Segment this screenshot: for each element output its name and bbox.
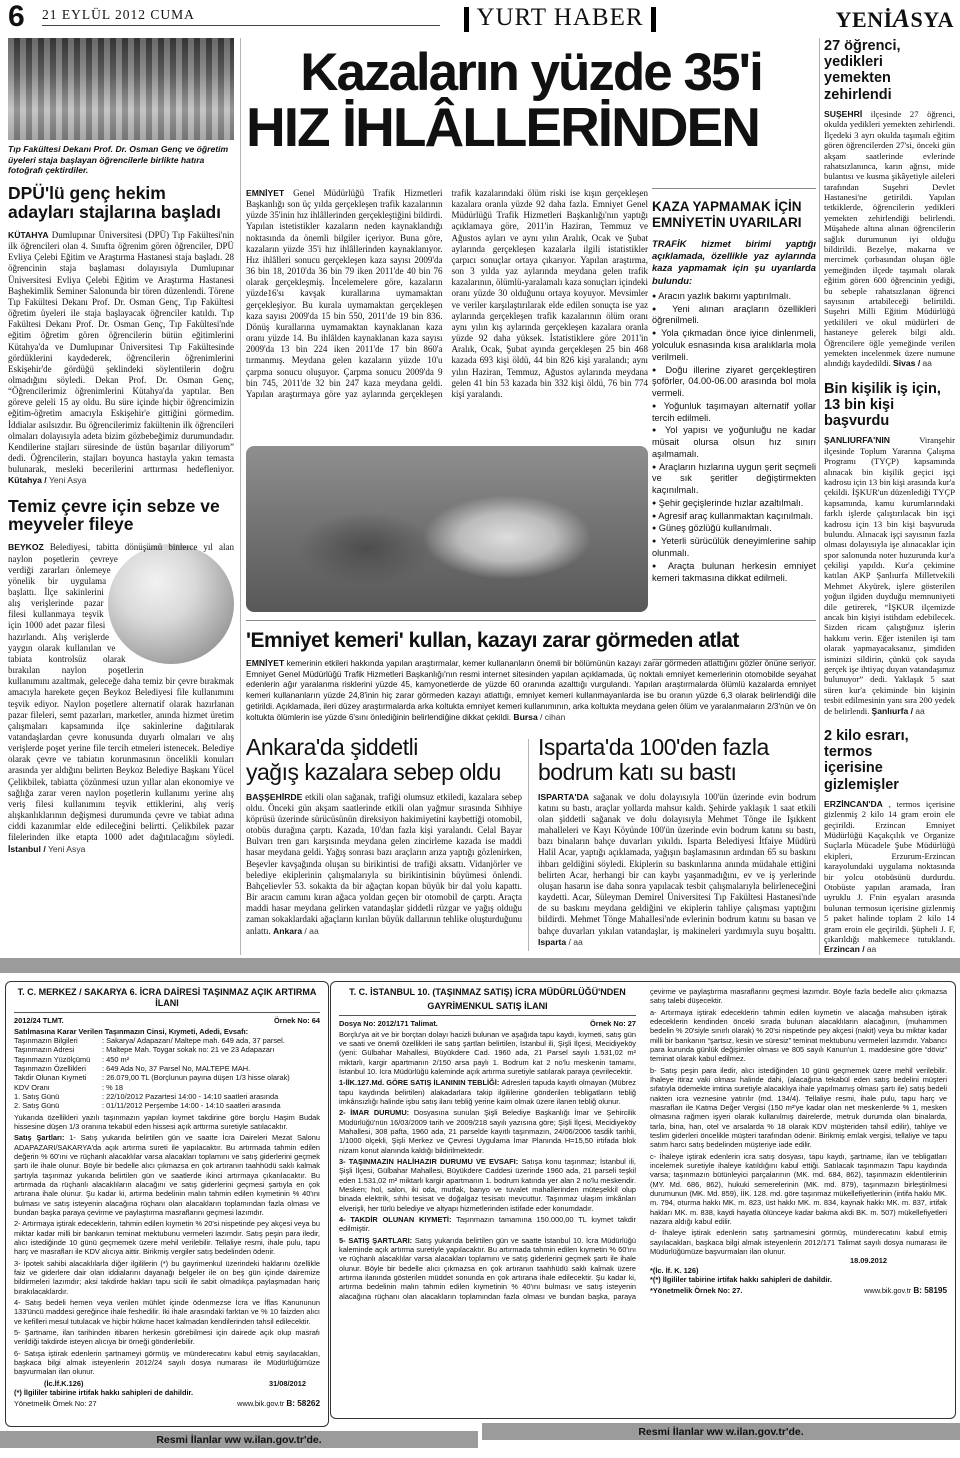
date-line: 21 EYLÜL 2012 CUMA bbox=[42, 7, 195, 23]
story-title: 27 öğrenci, yedikleri yemekten zehirlend… bbox=[824, 38, 955, 103]
newspaper-page: 6 21 EYLÜL 2012 CUMA YURT HABER YENİASYA… bbox=[0, 0, 960, 1458]
bullet-icon: ● bbox=[652, 427, 659, 434]
sidebar-bullet: ● Aracın yazlık bakımı yaptırılmalı. bbox=[652, 291, 816, 303]
official-ads-bar-right: Resmi İlanlar ww w.ilan.gov.tr'de. bbox=[482, 1423, 960, 1440]
file-number: Dosya No: 2012/171 Talimat. bbox=[339, 1019, 438, 1028]
notice-paragraph: 1-İİK.127.Md. GÖRE SATIŞ İLANININ TEBLİĞ… bbox=[339, 1078, 636, 1106]
notice-paragraph: Yukarıda özellikleri yazılı taşınmazın y… bbox=[14, 1113, 320, 1132]
regulation-ref: Yönetmelik Örnek No: 27 bbox=[14, 1399, 97, 1409]
bullet-icon: ● bbox=[652, 500, 656, 507]
notice-paragraphs: Borçlu'ya ait ve bir borçtan dolayı haci… bbox=[339, 987, 947, 1301]
section-separator-bar bbox=[0, 958, 960, 973]
notice-paragraph: c- İhaleye iştirak edenlerin icra satış … bbox=[650, 1152, 947, 1227]
property-detail-rows: Taşınmazın Bilgileri: Sakarya/ Adapazarı… bbox=[14, 1036, 320, 1111]
column-rule-right bbox=[819, 38, 820, 955]
market-net-photo bbox=[108, 544, 234, 664]
sidebar-bullet: ● Yoğunluk taşımayan alternatif yollar t… bbox=[652, 401, 816, 425]
bullet-icon: ● bbox=[652, 306, 663, 313]
sidebar-bullet: ● Agresif araç kullanmaktan kaçınılmalı. bbox=[652, 511, 816, 523]
section-title: YURT HABER bbox=[474, 4, 646, 32]
official-ads-bar-left: Resmi İlanlar ww w.ilan.gov.tr'de. bbox=[0, 1431, 478, 1448]
dateline-lead: EMNİYET bbox=[246, 188, 284, 198]
bik-reference: www.bik.gov.tr B: 58262 bbox=[237, 1399, 320, 1409]
story-divider-rule bbox=[528, 739, 529, 951]
notice-title: T. C. MERKEZ / SAKARYA 6. İCRA DAİRESİ T… bbox=[14, 987, 320, 1013]
legal-code: (İc.İf.K.126) bbox=[44, 1379, 83, 1388]
ankara-body: BAŞŞEHİRDE etkili olan sağanak, trafiği … bbox=[246, 792, 522, 937]
bullet-icon: ● bbox=[652, 367, 660, 374]
sidebar-bullet: ● Yeni alınan araçların özellikleri öğre… bbox=[652, 304, 816, 328]
right-column-story: 27 öğrenci, yedikleri yemekten zehirlend… bbox=[824, 38, 955, 369]
bullet-icon: ● bbox=[652, 403, 659, 410]
isparta-story: Isparta'da 100'den fazla bodrum katı su … bbox=[538, 735, 816, 955]
file-number: 2012/24 TLMT. bbox=[14, 1016, 64, 1025]
main-headline-line2: HIZ İHLÂLLERİNDEN bbox=[246, 100, 816, 155]
car-crash-photo bbox=[246, 446, 648, 612]
notice-paragraph: 4- Satış bedeli hemen veya verilen mühle… bbox=[14, 1298, 320, 1326]
bullet-icon: ● bbox=[652, 330, 658, 337]
sidebar-bullet: ● Yola çıkmadan önce iyice dinlenmeli, y… bbox=[652, 328, 816, 363]
section-divider-bar-left bbox=[464, 7, 469, 32]
sidebar-intro: TRAFİK hizmet birimi yaptığı açıklamada,… bbox=[652, 238, 816, 287]
story-body-beykoz: BEYKOZ Belediyesi, tabitta dönüşümü binl… bbox=[8, 542, 234, 854]
isparta-body: ISPARTA'DA sağanak ve dolu dolayısıyla 1… bbox=[538, 792, 816, 948]
notice-paragraph: 4- TAKDİR OLUNAN KIYMETİ: Taşınmazın tam… bbox=[339, 1215, 636, 1234]
notice-paragraph: b- Satış peşin para iledir, alıcı istedi… bbox=[650, 1066, 947, 1150]
ankara-story: Ankara'da şiddetli yağış kazalara sebep … bbox=[246, 735, 522, 955]
notice-date: 18.09.2012 bbox=[850, 1256, 887, 1265]
bullet-icon: ● bbox=[652, 293, 656, 300]
section-divider-bar-right bbox=[651, 7, 656, 32]
right-column-story: Bin kişilik iş için, 13 bin kişi başvurd… bbox=[824, 381, 955, 716]
seatbelt-title: 'Emniyet kemeri' kullan, kazayı zarar gö… bbox=[246, 629, 816, 653]
dateline-lead: SUŞEHRİ bbox=[824, 109, 862, 119]
istanbul-sale-notice: T. C. İSTANBUL 10. (TAŞINMAZ SATIŞ) İCRA… bbox=[330, 981, 956, 1419]
property-detail-row: Takdir Olunan Kıymeti: 26.079,00 TL (Bor… bbox=[14, 1073, 320, 1082]
isparta-title: Isparta'da 100'den fazla bodrum katı su … bbox=[538, 735, 816, 785]
property-detail-row: Taşınmazın Yüzölçümü: 450 m² bbox=[14, 1055, 320, 1064]
dateline-lead: KÜTAHYA bbox=[8, 230, 49, 240]
main-headline-line1: Kazaların yüzde 35'i bbox=[246, 46, 816, 100]
dateline-lead: ERZİNCAN'DA bbox=[824, 799, 883, 809]
bullet-icon: ● bbox=[652, 525, 656, 532]
notice-paragraph: 5- Şartname, ilan tarihinden itibaren he… bbox=[14, 1328, 320, 1347]
sidebar-bullet: ● Şehir geçişlerinde hızlar azaltılmalı. bbox=[652, 498, 816, 510]
page-number: 6 bbox=[8, 2, 25, 32]
story-title: 2 kilo esrarı, termos içerisine gizlemiş… bbox=[824, 728, 955, 793]
footnote: *(*) İlgililer tabirine irtifak hakkı sa… bbox=[650, 1275, 947, 1284]
story-body: ŞANLIURFA'NIN Viranşehir ilçesinde Toplu… bbox=[824, 435, 955, 716]
notice-date: 31/08/2012 bbox=[269, 1379, 306, 1388]
property-detail-row: KDV Oranı: % 18 bbox=[14, 1083, 320, 1092]
main-story-text: EMNİYET Genel Müdürlüğü Trafik Hizmetler… bbox=[246, 188, 648, 438]
sakarya-auction-notice: T. C. MERKEZ / SAKARYA 6. İCRA DAİRESİ T… bbox=[5, 981, 329, 1427]
seatbelt-story: 'Emniyet kemeri' kullan, kazayı zarar gö… bbox=[246, 620, 816, 724]
main-article: Kazaların yüzde 35'i HIZ İHLÂLLERİNDEN E… bbox=[246, 38, 816, 955]
sidebar-bullet: ● Araçların hızlarına uygun şerit seçmel… bbox=[652, 462, 816, 497]
notice-paragraph: 6- Satışa iştirak edenlerin şartnameyi g… bbox=[14, 1349, 320, 1377]
weather-stories: Ankara'da şiddetli yağış kazalara sebep … bbox=[246, 735, 816, 955]
dateline-lead: BAŞŞEHİRDE bbox=[246, 792, 302, 802]
notice-paragraphs: Yukarıda özellikleri yazılı taşınmazın y… bbox=[14, 1113, 320, 1377]
footnote-list: *(İc. İf. K. 126)*(*) İlgililer tabirine… bbox=[650, 1266, 947, 1285]
story-title: Bin kişilik iş için, 13 bin kişi başvurd… bbox=[824, 381, 955, 430]
column-rule-left bbox=[240, 38, 241, 955]
notice-paragraph: 3- TAŞINMAZIN HALİHAZIR DURUMU VE EVSAFI… bbox=[339, 1157, 636, 1213]
notice-paragraph: d- İhaleye iştirak edenlerin satış şartn… bbox=[650, 1228, 947, 1256]
dateline-lead: ISPARTA'DA bbox=[538, 792, 589, 802]
dateline-lead: EMNİYET bbox=[246, 658, 284, 668]
newspaper-logo: YENİASYA bbox=[836, 4, 954, 34]
sidebar-bullet: ● Güneş gözlüğü kullanılmalı. bbox=[652, 523, 816, 535]
property-detail-row: Taşınmazın Bilgileri: Sakarya/ Adapazarı… bbox=[14, 1036, 320, 1045]
property-detail-row: Taşınmazın Özellikleri: 649 Ada No, 37 P… bbox=[14, 1064, 320, 1073]
notice-paragraph: 3- İpotek sahibi alacaklılarla diğer ilg… bbox=[14, 1259, 320, 1296]
property-detail-row: Taşınmazın Adresi: Maltepe Mah. Toygar s… bbox=[14, 1045, 320, 1054]
bik-reference: www.bik.gov.tr B: 58195 bbox=[864, 1286, 947, 1296]
regulation-ref: *Yönetmelik Örnek No: 27. bbox=[650, 1286, 742, 1296]
ornek-number: Örnek No: 27 bbox=[590, 1019, 636, 1028]
date-rule bbox=[42, 25, 440, 26]
dateline-lead: BEYKOZ bbox=[8, 542, 44, 552]
sidebar-bullet: ● Doğu illerine ziyaret gerçekleştiren ş… bbox=[652, 365, 816, 400]
bullet-icon: ● bbox=[652, 513, 656, 520]
sidebar-bullet: ● Yeterli sürücülük deneyimlerine sahip … bbox=[652, 536, 816, 560]
property-detail-row: 1. Satış Günü: 22/10/2012 Pazartesi 14:0… bbox=[14, 1092, 320, 1101]
notice-paragraph: Borçlu'ya ait ve bir borçtan dolayı haci… bbox=[339, 1030, 636, 1077]
ornek-number: Örnek No: 64 bbox=[274, 1016, 320, 1025]
safety-tips-sidebar: KAZA YAPMAMAK İÇİN EMNİYETİN UYARILARI T… bbox=[652, 188, 816, 660]
sidebar-title: KAZA YAPMAMAK İÇİN EMNİYETİN UYARILARI bbox=[652, 199, 816, 230]
ankara-title: Ankara'da şiddetli yağış kazalara sebep … bbox=[246, 735, 522, 785]
notice-title-line1: T. C. İSTANBUL 10. (TAŞINMAZ SATIŞ) İCRA… bbox=[339, 987, 636, 998]
notice-title-line2: GAYRİMENKUL SATIŞ İLANI bbox=[339, 1001, 636, 1015]
students-group-photo bbox=[8, 38, 234, 140]
footnote: *(İc. İf. K. 126) bbox=[650, 1266, 947, 1275]
seatbelt-body: EMNİYET kemerinin etkileri hakkında yapı… bbox=[246, 658, 816, 724]
notice-paragraph: Satış Şartları: 1- Satış yukarıda belirt… bbox=[14, 1133, 320, 1217]
story-title-beykoz: Temiz çevre için sebze ve meyveler filey… bbox=[8, 497, 234, 535]
notice-paragraph: a- Artırmaya iştirak edeceklerin tahmin … bbox=[650, 1008, 947, 1064]
footnote: (*) İlgililer tabirine irtifak hakkı sah… bbox=[14, 1388, 320, 1397]
notice-subtitle: Satılmasına Karar Verilen Taşınmazın Cin… bbox=[14, 1027, 320, 1036]
right-column-story: 2 kilo esrarı, termos içerisine gizlemiş… bbox=[824, 728, 955, 955]
notice-paragraph: 2- İMAR DURUMU: Dosyasına sunulan Şişli … bbox=[339, 1108, 636, 1155]
story-body: ERZİNCAN'DA , termos içerisine gizlenmiş… bbox=[824, 799, 955, 955]
dateline-lead: ŞANLIURFA'NIN bbox=[824, 435, 890, 445]
bullet-icon: ● bbox=[652, 464, 657, 471]
photo-caption: Tıp Fakültesi Dekanı Prof. Dr. Osman Gen… bbox=[8, 144, 234, 176]
sidebar-bullet-list: ● Aracın yazlık bakımı yaptırılmalı.● Ye… bbox=[652, 291, 816, 584]
notice-paragraph: 2- Artırmaya iştirak edeceklerin, tahmin… bbox=[14, 1219, 320, 1256]
right-column: 27 öğrenci, yedikleri yemekten zehirlend… bbox=[824, 38, 955, 955]
property-detail-row: 2. Satış Günü: 01/11/2012 Perşembe 14:00… bbox=[14, 1101, 320, 1110]
sidebar-bullet: ● Yol yapısı ve yoğunluğu ne kadar müsai… bbox=[652, 425, 816, 460]
sidebar-bullet: ● Araçta bulunan herkesin emniyet kemeri… bbox=[652, 561, 816, 585]
bullet-icon: ● bbox=[652, 538, 657, 545]
left-column: Tıp Fakültesi Dekanı Prof. Dr. Osman Gen… bbox=[8, 38, 234, 955]
story-title-dpu: DPÜ'lü genç hekim adayları stajlarına ba… bbox=[8, 184, 234, 222]
story-body-dpu: KÜTAHYA Dumlupınar Üniversitesi (DPÜ) Tı… bbox=[8, 230, 234, 487]
story-body: SUŞEHRİ ilçesinde 27 öğrenci, okulda yed… bbox=[824, 109, 955, 369]
bullet-icon: ● bbox=[652, 563, 661, 570]
